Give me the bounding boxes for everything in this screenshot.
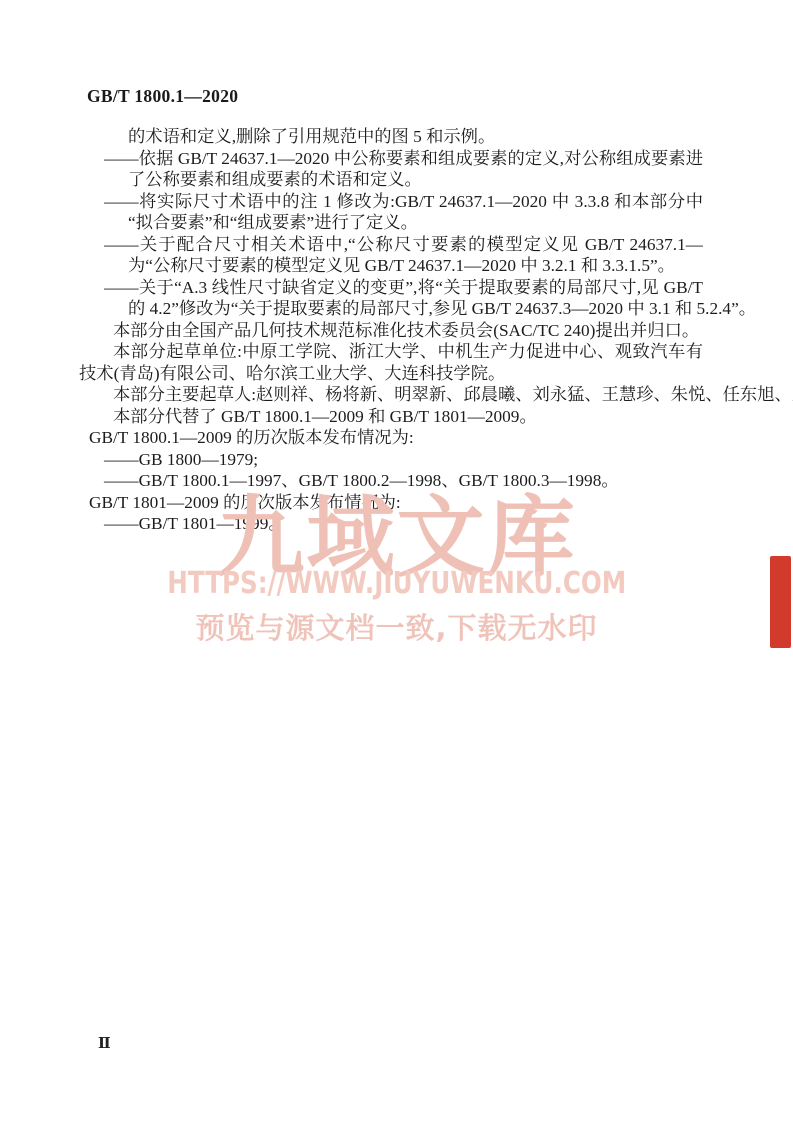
foreword-line: 技术(青岛)有限公司、哈尔滨工业大学、大连科技学院。 — [79, 363, 703, 385]
foreword-line: ——关于“A.3 线性尺寸缺省定义的变更”,将“关于提取要素的局部尺寸,见 GB… — [104, 277, 703, 299]
foreword-line: 了公称要素和组成要素的术语和定义。 — [128, 169, 703, 191]
foreword-line: 的术语和定义,删除了引用规范中的图 5 和示例。 — [128, 126, 703, 148]
foreword-body: 的术语和定义,删除了引用规范中的图 5 和示例。 ——依据 GB/T 24637… — [79, 126, 703, 535]
foreword-line: 本部分主要起草人:赵则祥、杨将新、明翠新、邱晨曦、刘永猛、王慧珍、朱悦、任东旭、… — [113, 384, 703, 406]
foreword-line: 本部分起草单位:中原工学院、浙江大学、中机生产力促进中心、观致汽车有限公司、海克… — [113, 341, 703, 363]
foreword-line: ——关于配合尺寸相关术语中,“公称尺寸要素的模型定义见 GB/T 24637.1… — [104, 234, 703, 256]
foreword-line: GB/T 1801—2009 的历次版本发布情况为: — [89, 492, 703, 514]
page-number: Ⅱ — [98, 1034, 111, 1053]
foreword-line: 的 4.2”修改为“关于提取要素的局部尺寸,参见 GB/T 24637.3—20… — [128, 298, 703, 320]
foreword-line: 本部分由全国产品几何技术规范标准化技术委员会(SAC/TC 240)提出并归口。 — [113, 320, 703, 342]
document-page: GB/T 1800.1—2020 的术语和定义,删除了引用规范中的图 5 和示例… — [0, 0, 793, 1122]
foreword-line: ——依据 GB/T 24637.1—2020 中公称要素和组成要素的定义,对公称… — [104, 148, 703, 170]
foreword-line: ——GB 1800—1979; — [104, 449, 703, 471]
foreword-line: 为“公称尺寸要素的模型定义见 GB/T 24637.1—2020 中 3.2.1… — [128, 255, 703, 277]
foreword-line: GB/T 1800.1—2009 的历次版本发布情况为: — [89, 427, 703, 449]
watermark-site-url: HTTPS://WWW.JIUYUWENKU.COM — [72, 566, 722, 601]
watermark-red-bar-icon — [770, 556, 791, 648]
foreword-line: 本部分代替了 GB/T 1800.1—2009 和 GB/T 1801—2009… — [113, 406, 703, 428]
watermark-tagline: 预览与源文档一致,下载无水印 — [0, 606, 793, 647]
foreword-line: ——将实际尺寸术语中的注 1 修改为:GB/T 24637.1—2020 中 3… — [104, 191, 703, 213]
standard-number-header: GB/T 1800.1—2020 — [87, 86, 238, 107]
foreword-line: “拟合要素”和“组成要素”进行了定义。 — [128, 212, 703, 234]
foreword-line: ——GB/T 1801—1999。 — [104, 513, 703, 535]
foreword-line: ——GB/T 1800.1—1997、GB/T 1800.2—1998、GB/T… — [104, 470, 703, 492]
